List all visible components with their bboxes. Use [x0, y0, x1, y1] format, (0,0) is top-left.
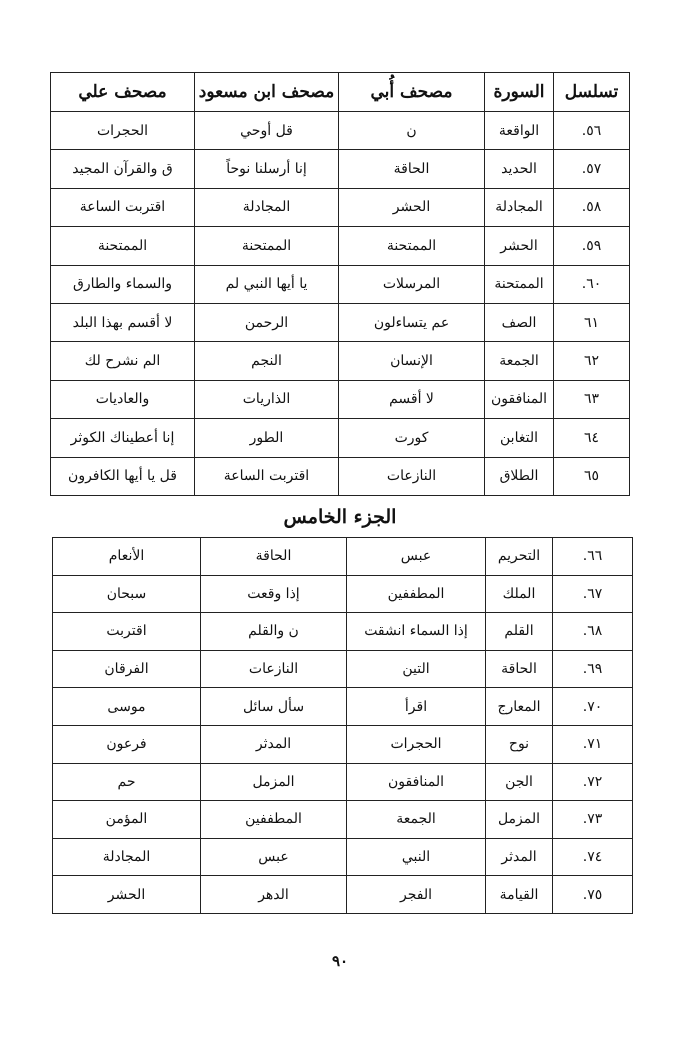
cell-mushaf-ibn-masud: عبس	[201, 838, 347, 876]
table-row: ٦٢الجمعةالإنسانالنجمالم نشرح لك	[51, 342, 630, 380]
header-surah: السورة	[485, 73, 554, 112]
cell-surah: الطلاق	[485, 457, 554, 495]
cell-surah: المجادلة	[485, 188, 554, 226]
table-row: ٦١الصفعم يتساءلونالرحمنلا أقسم بهذا البل…	[51, 303, 630, 341]
cell-mushaf-ali: اقتربت الساعة	[51, 188, 195, 226]
cell-serial: ٧٠.	[553, 688, 633, 726]
cell-mushaf-ali: الفرقان	[53, 650, 201, 688]
cell-serial: ٦٤	[554, 419, 630, 457]
cell-mushaf-ali: والسماء والطارق	[51, 265, 195, 303]
cell-mushaf-ali: قل يا أيها الكافرون	[51, 457, 195, 495]
mushaf-order-table-part5: ٦٦.التحريمعبسالحاقةالأنعام٦٧.الملكالمطفف…	[52, 537, 633, 914]
cell-mushaf-ibn-masud: الرحمن	[195, 303, 339, 341]
table-row: ٥٩.الحشرالممتحنةالممتحنةالممتحنة	[51, 227, 630, 265]
cell-serial: ٦٠.	[554, 265, 630, 303]
cell-serial: ٥٨.	[554, 188, 630, 226]
table-row: ٧٠.المعارجاقرأسأل سائلموسى	[53, 688, 633, 726]
table-row: ٥٧.الحديدالحاقةإنا أرسلنا نوحاًق والقرآن…	[51, 150, 630, 188]
cell-surah: التغابن	[485, 419, 554, 457]
cell-mushaf-ali: فرعون	[53, 725, 201, 763]
cell-mushaf-ali: المجادلة	[53, 838, 201, 876]
cell-mushaf-ibn-masud: الحاقة	[201, 538, 347, 576]
cell-mushaf-ubay: الحشر	[339, 188, 485, 226]
cell-serial: ٦٣	[554, 380, 630, 418]
cell-mushaf-ubay: الجمعة	[347, 801, 486, 839]
cell-mushaf-ubay: عم يتساءلون	[339, 303, 485, 341]
cell-mushaf-ubay: المرسلات	[339, 265, 485, 303]
cell-surah: الجن	[486, 763, 553, 801]
cell-mushaf-ibn-masud: اقتربت الساعة	[195, 457, 339, 495]
header-mushaf-ibn-masud: مصحف ابن مسعود	[195, 73, 339, 112]
table-row: ٦٧.الملكالمطففينإذا وقعتسبحان	[53, 575, 633, 613]
cell-mushaf-ubay: المطففين	[347, 575, 486, 613]
cell-mushaf-ali: الم نشرح لك	[51, 342, 195, 380]
cell-serial: ٧٣.	[553, 801, 633, 839]
cell-mushaf-ubay: لا أقسم	[339, 380, 485, 418]
cell-mushaf-ibn-masud: النجم	[195, 342, 339, 380]
table-row: ٥٦.الواقعةنقل أوحيالحجرات	[51, 112, 630, 150]
cell-surah: القيامة	[486, 876, 553, 914]
cell-mushaf-ali: اقتربت	[53, 613, 201, 651]
mushaf-order-table-part4: تسلسل السورة مصحف أُبي مصحف ابن مسعود مص…	[50, 72, 630, 496]
cell-surah: المزمل	[486, 801, 553, 839]
cell-mushaf-ali: موسى	[53, 688, 201, 726]
cell-surah: الملك	[486, 575, 553, 613]
cell-mushaf-ali: الأنعام	[53, 538, 201, 576]
table-header-row: تسلسل السورة مصحف أُبي مصحف ابن مسعود مص…	[51, 73, 630, 112]
cell-serial: ٦٧.	[553, 575, 633, 613]
table-row: ٦٣المنافقونلا أقسمالذارياتوالعاديات	[51, 380, 630, 418]
cell-mushaf-ubay: عبس	[347, 538, 486, 576]
cell-mushaf-ibn-masud: المجادلة	[195, 188, 339, 226]
cell-mushaf-ali: حم	[53, 763, 201, 801]
table-row: ٦٤التغابنكورتالطورإنا أعطيناك الكوثر	[51, 419, 630, 457]
header-serial: تسلسل	[554, 73, 630, 112]
cell-mushaf-ibn-masud: الطور	[195, 419, 339, 457]
table-row: ٦٦.التحريمعبسالحاقةالأنعام	[53, 538, 633, 576]
cell-mushaf-ubay: المنافقون	[347, 763, 486, 801]
cell-surah: الواقعة	[485, 112, 554, 150]
cell-mushaf-ibn-masud: المزمل	[201, 763, 347, 801]
cell-mushaf-ibn-masud: ن والقلم	[201, 613, 347, 651]
cell-serial: ٦٦.	[553, 538, 633, 576]
cell-mushaf-ali: المؤمن	[53, 801, 201, 839]
page-number: ٩٠	[0, 952, 680, 970]
cell-serial: ٦١	[554, 303, 630, 341]
table-row: ٦٩.الحاقةالتينالنازعاتالفرقان	[53, 650, 633, 688]
cell-mushaf-ibn-masud: النازعات	[201, 650, 347, 688]
cell-mushaf-ibn-masud: قل أوحي	[195, 112, 339, 150]
table-row: ٧٢.الجنالمنافقونالمزملحم	[53, 763, 633, 801]
cell-mushaf-ubay: اقرأ	[347, 688, 486, 726]
cell-serial: ٦٥	[554, 457, 630, 495]
cell-mushaf-ibn-masud: سأل سائل	[201, 688, 347, 726]
table-row: ٧١.نوحالحجراتالمدثرفرعون	[53, 725, 633, 763]
cell-serial: ٦٩.	[553, 650, 633, 688]
cell-surah: نوح	[486, 725, 553, 763]
cell-serial: ٥٩.	[554, 227, 630, 265]
cell-surah: الحديد	[485, 150, 554, 188]
cell-serial: ٧١.	[553, 725, 633, 763]
cell-mushaf-ali: الحشر	[53, 876, 201, 914]
cell-mushaf-ali: والعاديات	[51, 380, 195, 418]
cell-mushaf-ali: لا أقسم بهذا البلد	[51, 303, 195, 341]
cell-surah: القلم	[486, 613, 553, 651]
cell-mushaf-ibn-masud: إنا أرسلنا نوحاً	[195, 150, 339, 188]
cell-mushaf-ibn-masud: إذا وقعت	[201, 575, 347, 613]
cell-surah: المعارج	[486, 688, 553, 726]
cell-mushaf-ali: الممتحنة	[51, 227, 195, 265]
cell-mushaf-ubay: الحاقة	[339, 150, 485, 188]
cell-serial: ٧٢.	[553, 763, 633, 801]
cell-surah: الحاقة	[486, 650, 553, 688]
cell-surah: المنافقون	[485, 380, 554, 418]
cell-mushaf-ubay: الفجر	[347, 876, 486, 914]
header-mushaf-ali: مصحف علي	[51, 73, 195, 112]
cell-mushaf-ubay: الممتحنة	[339, 227, 485, 265]
cell-surah: الحشر	[485, 227, 554, 265]
cell-serial: ٧٥.	[553, 876, 633, 914]
cell-mushaf-ibn-masud: المطففين	[201, 801, 347, 839]
cell-surah: الصف	[485, 303, 554, 341]
cell-mushaf-ubay: الإنسان	[339, 342, 485, 380]
cell-mushaf-ubay: النبي	[347, 838, 486, 876]
cell-mushaf-ubay: إذا السماء انشقت	[347, 613, 486, 651]
cell-mushaf-ibn-masud: الذاريات	[195, 380, 339, 418]
cell-mushaf-ibn-masud: الدهر	[201, 876, 347, 914]
table-row: ٧٥.القيامةالفجرالدهرالحشر	[53, 876, 633, 914]
cell-mushaf-ibn-masud: يا أيها النبي لم	[195, 265, 339, 303]
section-title: الجزء الخامس	[0, 506, 680, 528]
cell-surah: الممتحنة	[485, 265, 554, 303]
cell-mushaf-ali: إنا أعطيناك الكوثر	[51, 419, 195, 457]
cell-mushaf-ibn-masud: المدثر	[201, 725, 347, 763]
cell-serial: ٥٧.	[554, 150, 630, 188]
table-row: ٥٨.المجادلةالحشرالمجادلةاقتربت الساعة	[51, 188, 630, 226]
cell-serial: ٥٦.	[554, 112, 630, 150]
table-row: ٦٠.الممتحنةالمرسلاتيا أيها النبي لموالسم…	[51, 265, 630, 303]
cell-serial: ٦٨.	[553, 613, 633, 651]
cell-surah: الجمعة	[485, 342, 554, 380]
cell-serial: ٦٢	[554, 342, 630, 380]
cell-surah: المدثر	[486, 838, 553, 876]
cell-mushaf-ubay: النازعات	[339, 457, 485, 495]
cell-mushaf-ubay: ن	[339, 112, 485, 150]
header-mushaf-ubay: مصحف أُبي	[339, 73, 485, 112]
cell-mushaf-ubay: كورت	[339, 419, 485, 457]
table-row: ٦٨.القلمإذا السماء انشقتن والقلماقتربت	[53, 613, 633, 651]
cell-serial: ٧٤.	[553, 838, 633, 876]
cell-surah: التحريم	[486, 538, 553, 576]
table-row: ٧٣.المزملالجمعةالمطففينالمؤمن	[53, 801, 633, 839]
cell-mushaf-ali: سبحان	[53, 575, 201, 613]
table-row: ٧٤.المدثرالنبيعبسالمجادلة	[53, 838, 633, 876]
cell-mushaf-ubay: الحجرات	[347, 725, 486, 763]
cell-mushaf-ali: الحجرات	[51, 112, 195, 150]
table-row: ٦٥الطلاقالنازعاتاقتربت الساعةقل يا أيها …	[51, 457, 630, 495]
cell-mushaf-ali: ق والقرآن المجيد	[51, 150, 195, 188]
cell-mushaf-ubay: التين	[347, 650, 486, 688]
cell-mushaf-ibn-masud: الممتحنة	[195, 227, 339, 265]
